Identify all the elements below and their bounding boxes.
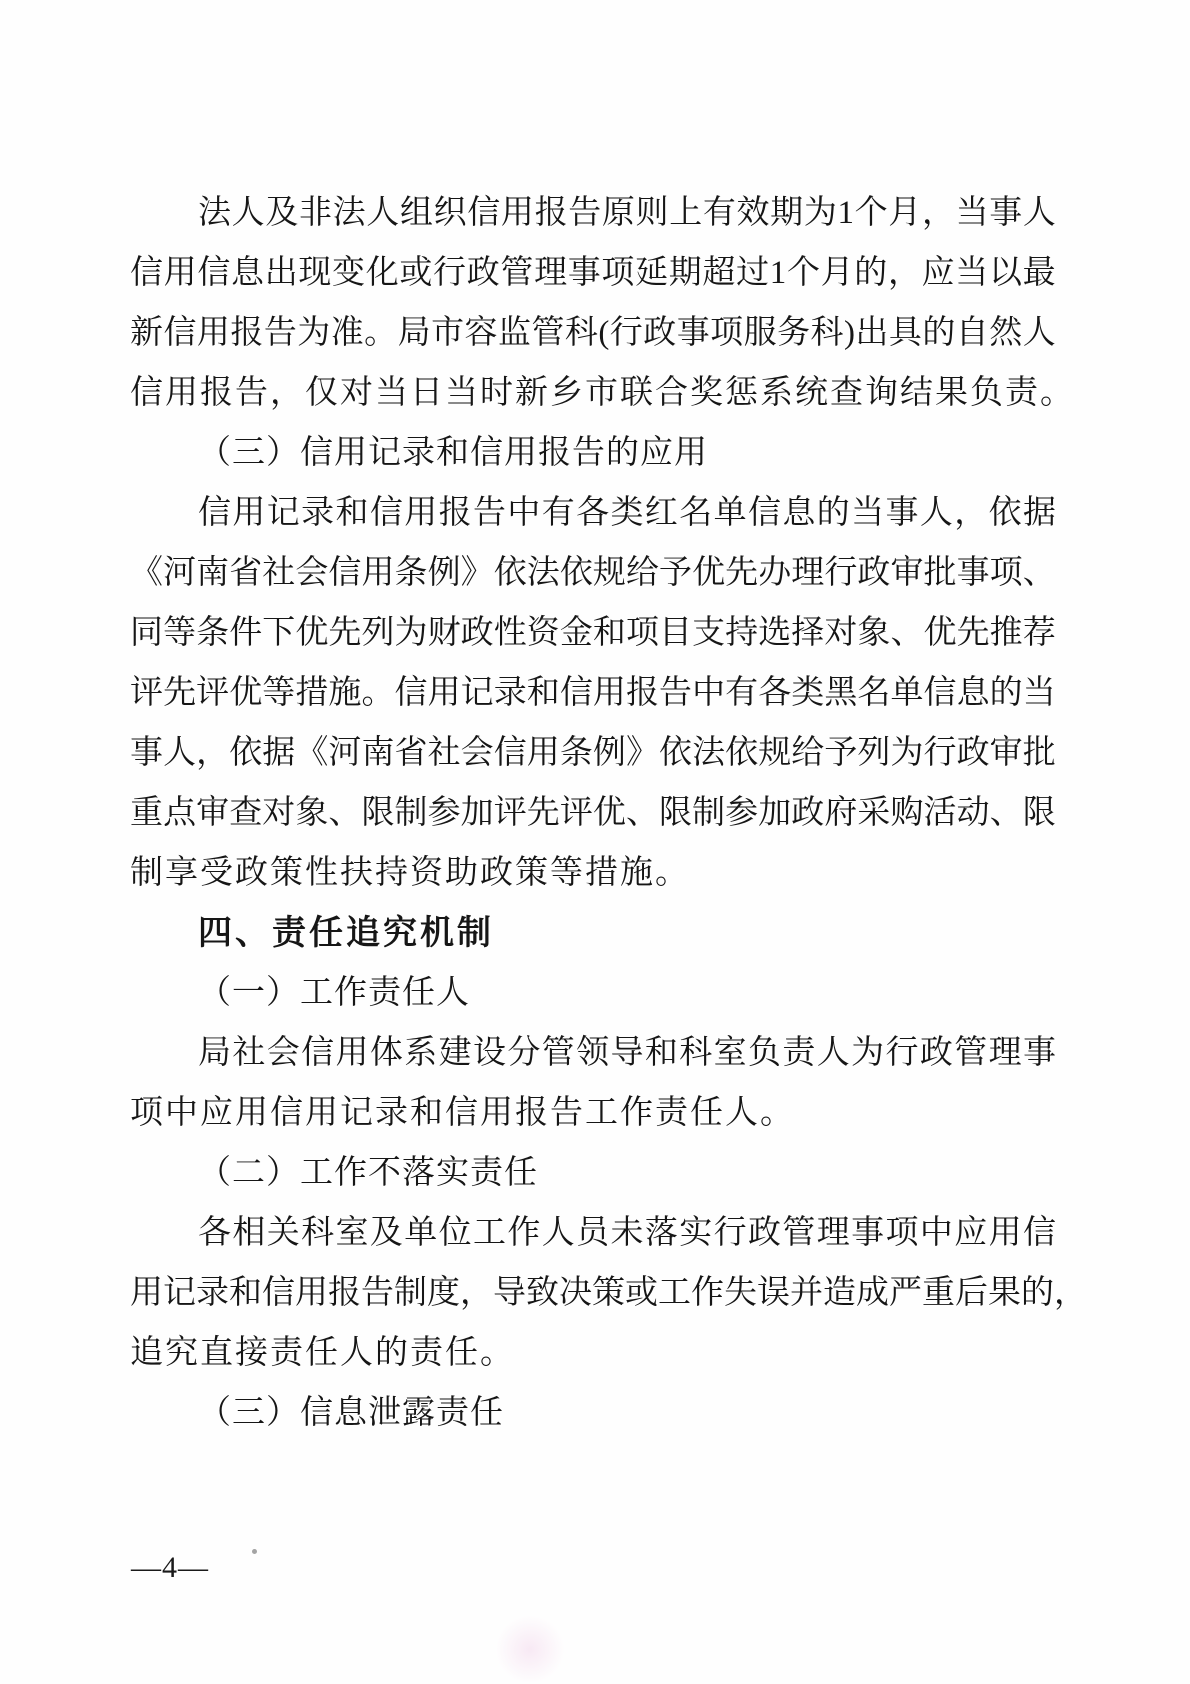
- text-line: 信用报告，仅对当日当时新乡市联合奖惩系统查询结果负责。: [130, 363, 1056, 423]
- text-line: 新信用报告为准。局市容监管科(行政事项服务科)出具的自然人: [130, 303, 1056, 363]
- section-heading: （一）工作责任人: [130, 963, 1056, 1023]
- scan-speck: [252, 1549, 257, 1554]
- text-line: 《河南省社会信用条例》依法依规给予优先办理行政审批事项、: [130, 543, 1056, 603]
- text-line: 追究直接责任人的责任。: [130, 1323, 1056, 1383]
- text-line: 制享受政策性扶持资助政策等措施。: [130, 843, 1056, 903]
- text-line: 重点审查对象、限制参加评先评优、限制参加政府采购活动、限: [130, 783, 1056, 843]
- document-body: 法人及非法人组织信用报告原则上有效期为1个月，当事人信用信息出现变化或行政管理事…: [130, 183, 1056, 1443]
- text-line: 项中应用信用记录和信用报告工作责任人。: [130, 1083, 1056, 1143]
- text-line: 事人，依据《河南省社会信用条例》依法依规给予列为行政审批: [130, 723, 1056, 783]
- text-line: 法人及非法人组织信用报告原则上有效期为1个月，当事人: [130, 183, 1056, 243]
- text-line: 用记录和信用报告制度，导致决策或工作失误并造成严重后果的，: [130, 1263, 1056, 1323]
- section-heading: 四、责任追究机制: [130, 903, 1056, 963]
- section-heading: （二）工作不落实责任: [130, 1143, 1056, 1203]
- text-line: 信用信息出现变化或行政管理事项延期超过1个月的，应当以最: [130, 243, 1056, 303]
- text-line: 各相关科室及单位工作人员未落实行政管理事项中应用信: [130, 1203, 1056, 1263]
- text-line: 评先评优等措施。信用记录和信用报告中有各类黑名单信息的当: [130, 663, 1056, 723]
- scanned-document-page: 法人及非法人组织信用报告原则上有效期为1个月，当事人信用信息出现变化或行政管理事…: [0, 0, 1190, 1684]
- text-line: 信用记录和信用报告中有各类红名单信息的当事人，依据: [130, 483, 1056, 543]
- text-line: 局社会信用体系建设分管领导和科室负责人为行政管理事: [130, 1023, 1056, 1083]
- text-line: 同等条件下优先列为财政性资金和项目支持选择对象、优先推荐: [130, 603, 1056, 663]
- section-heading: （三）信用记录和信用报告的应用: [130, 423, 1056, 483]
- scan-smudge: [495, 1615, 565, 1684]
- section-heading: （三）信息泄露责任: [130, 1383, 1056, 1443]
- page-number: —4—: [131, 1548, 209, 1588]
